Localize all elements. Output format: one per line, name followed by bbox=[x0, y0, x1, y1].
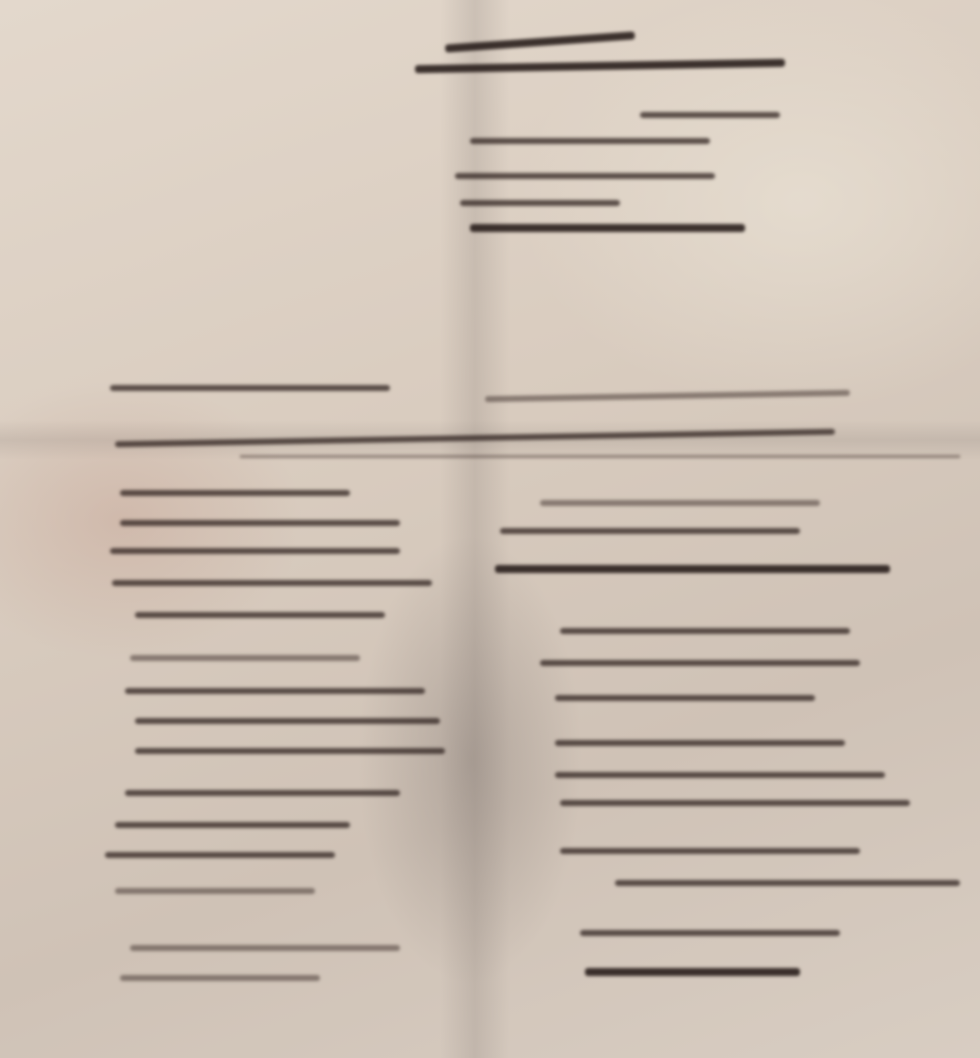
manuscript-page: illegible (blurred photograph) bbox=[0, 0, 980, 1058]
